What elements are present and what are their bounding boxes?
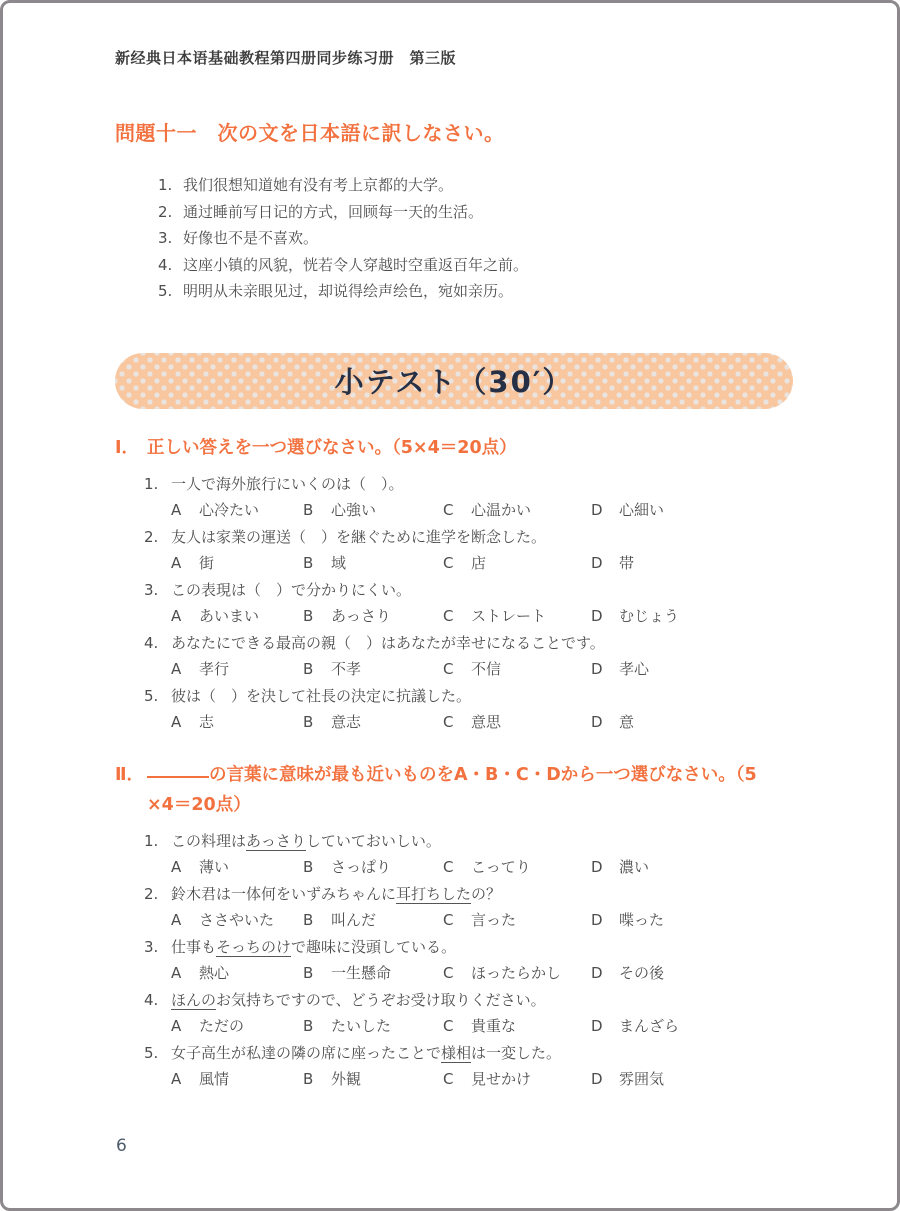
option-letter: B — [303, 907, 331, 934]
quiz-section: Ⅱ．の言葉に意味が最も近いものをA・B・C・Dから一つ選びなさい。（5×4＝20… — [115, 760, 787, 1093]
option-text: 叫んだ — [331, 907, 376, 934]
options-row: A薄いBさっぱりCこってりD濃い — [144, 854, 787, 881]
option-text: さっぱり — [331, 854, 391, 881]
answer-option: D雰囲気 — [591, 1066, 787, 1093]
question-line: 1.一人で海外旅行にいくのは（ ）。 — [144, 471, 787, 498]
section-numeral: Ⅱ． — [115, 760, 147, 820]
answer-option: Cこってり — [443, 854, 591, 881]
option-letter: B — [303, 960, 331, 987]
option-text: ささやいた — [199, 907, 274, 934]
list-item-text: 好像也不是不喜欢。 — [183, 225, 318, 252]
list-item-number: 5. — [158, 278, 183, 305]
list-item-number: 4. — [158, 252, 183, 279]
section-heading-line1: 正しい答えを一つ選びなさい。（5×4＝20点） — [147, 438, 517, 458]
question-text-post: は一変した。 — [471, 1044, 561, 1062]
option-letter: A — [171, 854, 199, 881]
option-letter: B — [303, 1066, 331, 1093]
option-text: 孝行 — [199, 656, 229, 683]
section-numeral: Ⅰ． — [115, 433, 147, 463]
option-text: 薄い — [199, 854, 229, 881]
list-item: 5.明明从未亲眼见过，却说得绘声绘色，宛如亲历。 — [158, 278, 787, 305]
answer-option: A孝行 — [171, 656, 303, 683]
question-text: 友人は家業の運送（ ）を継ぐために進学を断念した。 — [171, 524, 546, 551]
option-text: 貴重な — [471, 1013, 516, 1040]
question-text: 一人で海外旅行にいくのは（ ）。 — [171, 471, 404, 498]
option-letter: D — [591, 1013, 619, 1040]
question-text-pre: 彼は（ ）を決して社長の決定に抗議した。 — [171, 687, 471, 705]
answer-option: C貴重な — [443, 1013, 591, 1040]
question-number: 4. — [144, 987, 171, 1014]
option-letter: B — [303, 497, 331, 524]
answer-option: B心強い — [303, 497, 443, 524]
list-item-number: 2. — [158, 199, 183, 226]
blank-underline — [147, 774, 209, 778]
question-text-pre: 鈴木君は一体何をいずみちゃんに — [171, 885, 396, 903]
list-item-text: 我们很想知道她有没有考上京都的大学。 — [183, 172, 453, 199]
question-text-underlined: そっちのけ — [216, 938, 291, 957]
option-letter: B — [303, 656, 331, 683]
option-letter: C — [443, 656, 471, 683]
list-item-text: 这座小镇的风貌，恍若令人穿越时空重返百年之前。 — [183, 252, 528, 279]
question-text-underlined: 様相 — [441, 1044, 471, 1063]
option-text: ただの — [199, 1013, 244, 1040]
question-text: あなたにできる最高の親（ ）はあなたが幸せになることです。 — [171, 630, 605, 657]
option-letter: C — [443, 550, 471, 577]
question-list: 1.この料理はあっさりしていておいしい。A薄いBさっぱりCこってりD濃い2.鈴木… — [115, 828, 787, 1093]
list-item: 1.我们很想知道她有没有考上京都的大学。 — [158, 172, 787, 199]
list-item-text: 明明从未亲眼见过，却说得绘声绘色，宛如亲历。 — [183, 278, 513, 305]
question-text-underlined: ほんの — [171, 991, 216, 1010]
options-row: AただのBたいしたC貴重なDまんざら — [144, 1013, 787, 1040]
question-number: 1. — [144, 828, 171, 855]
question-line: 2.鈴木君は一体何をいずみちゃんに耳打ちしたの？ — [144, 881, 787, 908]
option-text: 外観 — [331, 1066, 361, 1093]
question-line: 1.この料理はあっさりしていておいしい。 — [144, 828, 787, 855]
option-letter: D — [591, 854, 619, 881]
translation-section-title: 問題十一 次の文を日本語に訳しなさい。 — [115, 118, 787, 148]
option-letter: C — [443, 907, 471, 934]
answer-option: B叫んだ — [303, 907, 443, 934]
answer-option: B一生懸命 — [303, 960, 443, 987]
answer-option: A風情 — [171, 1066, 303, 1093]
question-list: 1.一人で海外旅行にいくのは（ ）。A心冷たいB心強いC心温かいD心細い2.友人… — [115, 471, 787, 736]
option-text: あいまい — [199, 603, 259, 630]
question-number: 5. — [144, 683, 171, 710]
option-letter: C — [443, 497, 471, 524]
question-line: 3.仕事もそっちのけで趣味に没頭している。 — [144, 934, 787, 961]
answer-option: Cストレート — [443, 603, 591, 630]
option-letter: A — [171, 907, 199, 934]
list-item: 3.好像也不是不喜欢。 — [158, 225, 787, 252]
option-text: 喋った — [619, 907, 664, 934]
option-letter: A — [171, 1066, 199, 1093]
list-item: 2.通过睡前写日记的方式，回顾每一天的生活。 — [158, 199, 787, 226]
question-text-post: していておいしい。 — [306, 832, 441, 850]
question-text-underlined: 耳打ちした — [396, 885, 471, 904]
answer-option: C不信 — [443, 656, 591, 683]
option-text: 孝心 — [619, 656, 649, 683]
question-line: 5.女子高生が私達の隣の席に座ったことで様相は一変した。 — [144, 1040, 787, 1067]
option-letter: B — [303, 709, 331, 736]
question-line: 2.友人は家業の運送（ ）を継ぐために進学を断念した。 — [144, 524, 787, 551]
question-text-pre: この料理は — [171, 832, 246, 850]
section-heading-line1: の言葉に意味が最も近いものをA・B・C・Dから一つ選びなさい。（5 — [209, 765, 757, 785]
quiz-section: Ⅰ．正しい答えを一つ選びなさい。（5×4＝20点）1.一人で海外旅行にいくのは（… — [115, 433, 787, 736]
question: 1.この料理はあっさりしていておいしい。A薄いBさっぱりCこってりD濃い — [144, 828, 787, 881]
question: 2.友人は家業の運送（ ）を継ぐために進学を断念した。A街B域C店D帯 — [144, 524, 787, 577]
options-row: AあいまいBあっさりCストレートDむじょう — [144, 603, 787, 630]
answer-option: A薄い — [171, 854, 303, 881]
answer-option: B意志 — [303, 709, 443, 736]
answer-option: D喋った — [591, 907, 787, 934]
answer-option: A熱心 — [171, 960, 303, 987]
question-text: 彼は（ ）を決して社長の決定に抗議した。 — [171, 683, 471, 710]
translation-sentence-list: 1.我们很想知道她有没有考上京都的大学。2.通过睡前写日记的方式，回顾每一天的生… — [115, 172, 787, 305]
answer-option: D帯 — [591, 550, 787, 577]
options-row: A志B意志C意思D意 — [144, 709, 787, 736]
option-text: 志 — [199, 709, 214, 736]
option-text: 言った — [471, 907, 516, 934]
question: 3.この表現は（ ）で分かりにくい。AあいまいBあっさりCストレートDむじょう — [144, 577, 787, 630]
question-line: 5.彼は（ ）を決して社長の決定に抗議した。 — [144, 683, 787, 710]
quiz-banner-title: 小テスト（30′） — [335, 360, 574, 401]
option-text: 風情 — [199, 1066, 229, 1093]
answer-option: C言った — [443, 907, 591, 934]
answer-option: D心細い — [591, 497, 787, 524]
options-row: A街B域C店D帯 — [144, 550, 787, 577]
answer-option: C見せかけ — [443, 1066, 591, 1093]
answer-option: B域 — [303, 550, 443, 577]
option-letter: D — [591, 1066, 619, 1093]
option-letter: C — [443, 854, 471, 881]
option-text: 心強い — [331, 497, 376, 524]
answer-option: D意 — [591, 709, 787, 736]
option-letter: A — [171, 603, 199, 630]
answer-option: C意思 — [443, 709, 591, 736]
option-letter: A — [171, 550, 199, 577]
quiz-sections: Ⅰ．正しい答えを一つ選びなさい。（5×4＝20点）1.一人で海外旅行にいくのは（… — [115, 433, 787, 1093]
question-number: 2. — [144, 524, 171, 551]
answer-option: Dまんざら — [591, 1013, 787, 1040]
question: 5.彼は（ ）を決して社長の決定に抗議した。A志B意志C意思D意 — [144, 683, 787, 736]
question-text-post: の？ — [471, 885, 501, 903]
answer-option: A街 — [171, 550, 303, 577]
option-letter: A — [171, 656, 199, 683]
option-letter: B — [303, 603, 331, 630]
quiz-section-heading: Ⅰ．正しい答えを一つ選びなさい。（5×4＝20点） — [115, 433, 787, 463]
answer-option: Aあいまい — [171, 603, 303, 630]
option-text: ほったらかし — [471, 960, 561, 987]
options-row: A風情B外観C見せかけD雰囲気 — [144, 1066, 787, 1093]
question: 2.鈴木君は一体何をいずみちゃんに耳打ちしたの？AささやいたB叫んだC言ったD喋… — [144, 881, 787, 934]
option-letter: A — [171, 497, 199, 524]
option-text: 帯 — [619, 550, 634, 577]
option-letter: C — [443, 1066, 471, 1093]
question-text: この表現は（ ）で分かりにくい。 — [171, 577, 411, 604]
answer-option: Bさっぱり — [303, 854, 443, 881]
list-item-number: 3. — [158, 225, 183, 252]
option-letter: C — [443, 960, 471, 987]
option-text: こってり — [471, 854, 531, 881]
option-text: 店 — [471, 550, 486, 577]
option-letter: A — [171, 1013, 199, 1040]
option-letter: B — [303, 550, 331, 577]
question-text-pre: 友人は家業の運送（ ）を継ぐために進学を断念した。 — [171, 528, 546, 546]
option-text: その後 — [619, 960, 664, 987]
page-number: 6 — [116, 1136, 127, 1156]
question-text-post: で趣味に没頭している。 — [291, 938, 456, 956]
question-text: 鈴木君は一体何をいずみちゃんに耳打ちしたの？ — [171, 881, 501, 908]
question: 1.一人で海外旅行にいくのは（ ）。A心冷たいB心強いC心温かいD心細い — [144, 471, 787, 524]
question-text: この料理はあっさりしていておいしい。 — [171, 828, 441, 855]
option-text: たいした — [331, 1013, 391, 1040]
question-text-post: お気持ちですので、どうぞお受け取りください。 — [216, 991, 546, 1009]
question-number: 5. — [144, 1040, 171, 1067]
list-item-number: 1. — [158, 172, 183, 199]
option-letter: A — [171, 960, 199, 987]
option-letter: D — [591, 907, 619, 934]
question-text: ほんのお気持ちですので、どうぞお受け取りください。 — [171, 987, 546, 1014]
option-text: まんざら — [619, 1013, 679, 1040]
question: 3.仕事もそっちのけで趣味に没頭している。A熱心B一生懸命CほったらかしDその後 — [144, 934, 787, 987]
option-text: 不信 — [471, 656, 501, 683]
section-heading-text: の言葉に意味が最も近いものをA・B・C・Dから一つ選びなさい。（5×4＝20点） — [147, 760, 787, 820]
option-text: 一生懸命 — [331, 960, 391, 987]
option-text: 不孝 — [331, 656, 361, 683]
question-number: 3. — [144, 934, 171, 961]
question-text-pre: 一人で海外旅行にいくのは（ ）。 — [171, 475, 404, 493]
option-letter: D — [591, 603, 619, 630]
options-row: A熱心B一生懸命CほったらかしDその後 — [144, 960, 787, 987]
answer-option: D濃い — [591, 854, 787, 881]
answer-option: Bたいした — [303, 1013, 443, 1040]
option-text: 心温かい — [471, 497, 531, 524]
option-text: ストレート — [471, 603, 546, 630]
option-text: むじょう — [619, 603, 679, 630]
list-item: 4.这座小镇的风貌，恍若令人穿越时空重返百年之前。 — [158, 252, 787, 279]
question-text-pre: あなたにできる最高の親（ ）はあなたが幸せになることです。 — [171, 634, 605, 652]
section-heading-text: 正しい答えを一つ選びなさい。（5×4＝20点） — [147, 433, 787, 463]
answer-option: Bあっさり — [303, 603, 443, 630]
option-letter: D — [591, 709, 619, 736]
option-letter: D — [591, 656, 619, 683]
answer-option: C心温かい — [443, 497, 591, 524]
question-text-underlined: あっさり — [246, 832, 306, 851]
question-number: 2. — [144, 881, 171, 908]
question-text-pre: 女子高生が私達の隣の席に座ったことで — [171, 1044, 441, 1062]
option-text: 濃い — [619, 854, 649, 881]
answer-option: Aただの — [171, 1013, 303, 1040]
option-text: 心細い — [619, 497, 664, 524]
options-row: AささやいたB叫んだC言ったD喋った — [144, 907, 787, 934]
question-line: 4.ほんのお気持ちですので、どうぞお受け取りください。 — [144, 987, 787, 1014]
option-letter: B — [303, 1013, 331, 1040]
question-number: 3. — [144, 577, 171, 604]
question-text: 仕事もそっちのけで趣味に没頭している。 — [171, 934, 456, 961]
options-row: A孝行B不孝C不信D孝心 — [144, 656, 787, 683]
question-line: 4.あなたにできる最高の親（ ）はあなたが幸せになることです。 — [144, 630, 787, 657]
quiz-section-heading: Ⅱ．の言葉に意味が最も近いものをA・B・C・Dから一つ選びなさい。（5×4＝20… — [115, 760, 787, 820]
options-row: A心冷たいB心強いC心温かいD心細い — [144, 497, 787, 524]
option-letter: D — [591, 550, 619, 577]
option-text: 意志 — [331, 709, 361, 736]
option-text: 域 — [331, 550, 346, 577]
question-text-pre: この表現は（ ）で分かりにくい。 — [171, 581, 411, 599]
question: 4.あなたにできる最高の親（ ）はあなたが幸せになることです。A孝行B不孝C不信… — [144, 630, 787, 683]
option-letter: D — [591, 960, 619, 987]
option-text: 意思 — [471, 709, 501, 736]
answer-option: Dその後 — [591, 960, 787, 987]
section-heading-line2: ×4＝20点） — [147, 795, 251, 815]
answer-option: Aささやいた — [171, 907, 303, 934]
answer-option: Dむじょう — [591, 603, 787, 630]
option-text: 見せかけ — [471, 1066, 531, 1093]
option-text: 雰囲気 — [619, 1066, 664, 1093]
answer-option: B外観 — [303, 1066, 443, 1093]
workbook-page: 新经典日本语基础教程第四册同步练习册 第三版 問題十一 次の文を日本語に訳しなさ… — [0, 0, 900, 1211]
option-text: 意 — [619, 709, 634, 736]
question-text: 女子高生が私達の隣の席に座ったことで様相は一変した。 — [171, 1040, 561, 1067]
answer-option: C店 — [443, 550, 591, 577]
option-letter: C — [443, 603, 471, 630]
book-title-header: 新经典日本语基础教程第四册同步练习册 第三版 — [115, 48, 787, 68]
option-text: あっさり — [331, 603, 391, 630]
answer-option: A志 — [171, 709, 303, 736]
option-letter: D — [591, 497, 619, 524]
option-letter: C — [443, 1013, 471, 1040]
option-text: 熱心 — [199, 960, 229, 987]
answer-option: D孝心 — [591, 656, 787, 683]
list-item-text: 通过睡前写日记的方式，回顾每一天的生活。 — [183, 199, 483, 226]
question: 5.女子高生が私達の隣の席に座ったことで様相は一変した。A風情B外観C見せかけD… — [144, 1040, 787, 1093]
question-text-pre: 仕事も — [171, 938, 216, 956]
option-text: 心冷たい — [199, 497, 259, 524]
option-letter: B — [303, 854, 331, 881]
answer-option: B不孝 — [303, 656, 443, 683]
question: 4.ほんのお気持ちですので、どうぞお受け取りください。AただのBたいしたC貴重な… — [144, 987, 787, 1040]
answer-option: A心冷たい — [171, 497, 303, 524]
quiz-banner: 小テスト（30′） — [115, 353, 793, 409]
question-line: 3.この表現は（ ）で分かりにくい。 — [144, 577, 787, 604]
option-letter: A — [171, 709, 199, 736]
question-number: 4. — [144, 630, 171, 657]
question-number: 1. — [144, 471, 171, 498]
option-letter: C — [443, 709, 471, 736]
option-text: 街 — [199, 550, 214, 577]
answer-option: Cほったらかし — [443, 960, 591, 987]
